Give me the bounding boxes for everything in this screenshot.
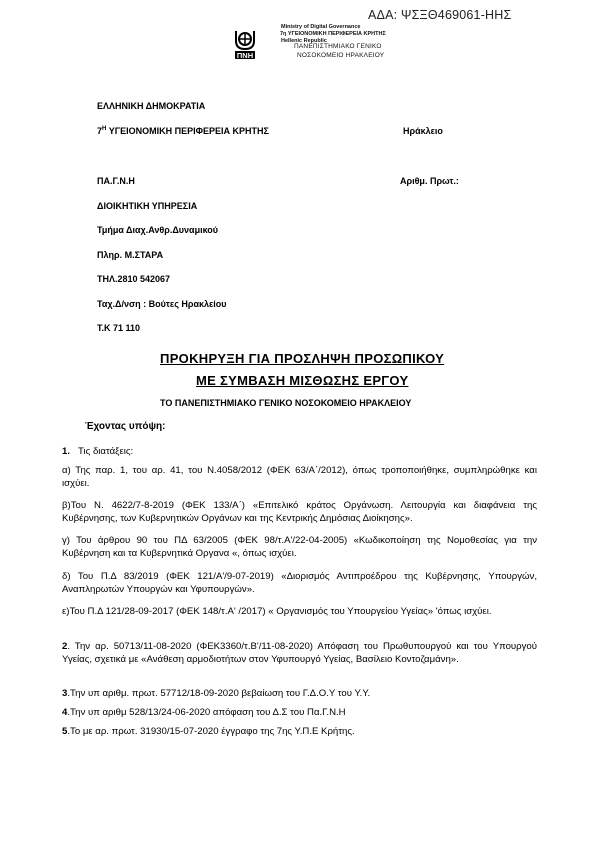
item-4: 4.Την υπ αριθμ 528/13/24-06-2020 απόφαση…	[62, 707, 537, 720]
postal-address: Ταχ.Δ/νση : Βούτες Ηρακλείου	[97, 299, 227, 309]
hospital-logo-icon: ΠΝΗ	[235, 29, 255, 59]
item-5: 5.Το με αρ. πρωτ. 31930/15-07-2020 έγγρα…	[62, 726, 537, 739]
letterhead-region: 7η ΥΓΕΙΟΝΟΜΙΚΗ ΠΕΡΙΦΕΡΕΙΑ ΚΡΗΤΗΣ	[280, 31, 386, 37]
clause-d: δ) Του Π.Δ 83/2019 (ΦΕΚ 121/Α'/9-07-2019…	[62, 571, 537, 596]
clause-a: α) Της παρ. 1, του αρ. 41, του Ν.4058/20…	[62, 465, 537, 490]
document-title-line1: ΠΡΟΚΗΡΥΞΗ ΓΙΑ ΠΡΟΣΛΗΨΗ ΠΡΟΣΩΠΙΚΟΥ	[160, 351, 444, 366]
ministry-label: Ministry of Digital Governance	[281, 24, 360, 30]
document-title-line2: ΜΕ ΣΥΜΒΑΣΗ ΜΙΣΘΩΣΗΣ ΕΡΓΟΥ	[196, 373, 408, 388]
ada-code: ΑΔΑ: ΨΣΞΘ469061-ΗΗΣ	[368, 8, 511, 22]
postcode: Τ.Κ 71 110	[97, 323, 140, 333]
clause-c: γ) Του άρθρου 90 του ΠΔ 63/2005 (ΦΕΚ 98/…	[62, 535, 537, 560]
country-label: ΕΛΛΗΝΙΚΗ ΔΗΜΟΚΡΑΤΙΑ	[97, 101, 205, 111]
department-label: Τμήμα Διαχ.Ανθρ.Δυναμικού	[97, 225, 218, 235]
item-2: 2. Την αρ. 50713/11-08-2020 (ΦΕΚ3360/τ.Β…	[62, 641, 537, 666]
letterhead-hospital-line1: ΠΑΝΕΠΙΣΤΗΜΙΑΚΟ ΓΕΝΙΚΟ	[294, 43, 382, 50]
phone-number: ΤΗΛ.2810 542067	[97, 274, 170, 284]
info-contact: Πληρ. Μ.ΣΤΑΡΑ	[97, 250, 163, 260]
clause-b: β)Του Ν. 4622/7-8-2019 (ΦΕΚ 133/Α΄) «Επι…	[62, 500, 537, 525]
service-label: ΔΙΟΙΚΗΤΙΚΗ ΥΠΗΡΕΣΙΑ	[97, 201, 197, 211]
region-label: 7Η ΥΓΕΙΟΝΟΜΙΚΗ ΠΕΡΙΦΕΡΕΙΑ ΚΡΗΤΗΣ	[97, 126, 269, 136]
item-1: 1. Τις διατάξεις:	[62, 446, 133, 457]
item-3: 3.Την υπ αριθμ. πρωτ. 57712/18-09-2020 β…	[62, 688, 537, 701]
document-subtitle: ΤΟ ΠΑΝΕΠΙΣΤΗΜΙΑΚΟ ΓΕΝΙΚΟ ΝΟΣΟΚΟΜΕΙΟ ΗΡΑΚ…	[160, 398, 411, 408]
org-label: ΠΑ.Γ.Ν.Η	[97, 176, 135, 186]
svg-text:ΠΝΗ: ΠΝΗ	[237, 51, 253, 59]
clause-e: ε)Του Π.Δ 121/28-09-2017 (ΦΕΚ 148/τ.Α' /…	[62, 606, 537, 619]
letterhead-hospital-line2: ΝΟΣΟΚΟΜΕΙΟ ΗΡΑΚΛΕΙΟΥ	[297, 52, 384, 59]
considering-heading: Έχοντας υπόψη:	[85, 421, 165, 432]
protocol-number-label: Αριθμ. Πρωτ.:	[400, 176, 459, 186]
city-label: Ηράκλειο	[403, 126, 443, 136]
